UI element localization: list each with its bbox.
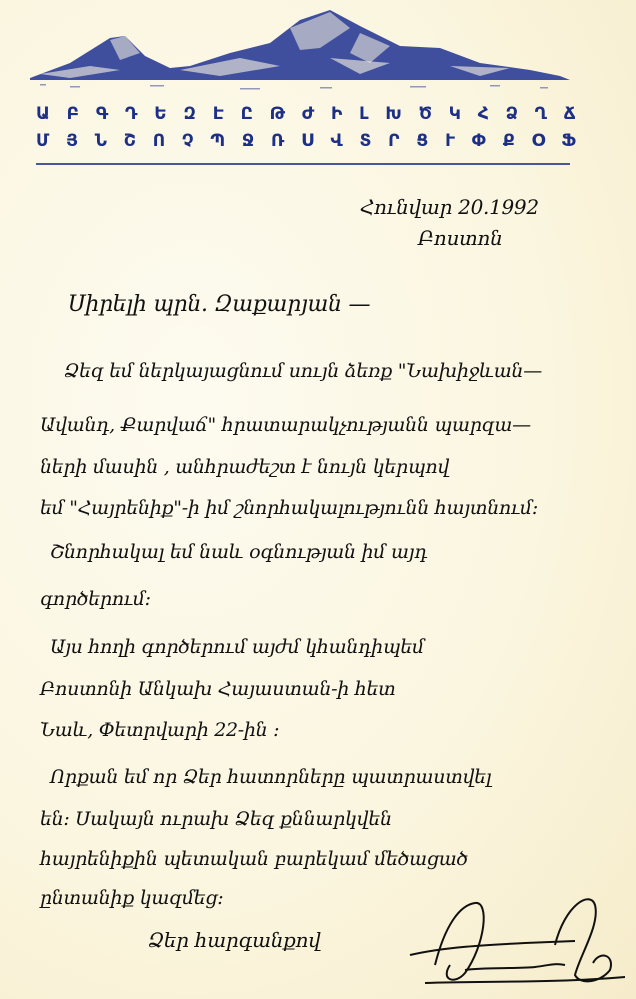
letter-glyph: Ծ [419, 104, 432, 124]
letter-glyph: Թ [270, 104, 285, 124]
letter-glyph: Յ [66, 131, 78, 151]
letter-glyph: Ժ [302, 104, 314, 124]
letter-glyph: Ջ [242, 131, 254, 151]
closing: Ձեր հարգանքով [148, 928, 321, 952]
letter-glyph: Պ [210, 131, 225, 151]
letter-glyph: Ձ [506, 104, 518, 124]
body-line: Ձեզ եմ ներկայացնում սույն ձեռք "Նախիջևան… [64, 360, 542, 382]
letter-glyph: Տ [359, 131, 371, 151]
letter-glyph: Ֆ [561, 131, 576, 151]
letter-glyph: Մ [36, 131, 49, 151]
letter-glyph: Ո [153, 131, 165, 151]
letter-glyph: Դ [125, 104, 137, 124]
letter-glyph: Ճ [564, 104, 576, 124]
letter-glyph: Լ [359, 104, 368, 124]
letterhead: Ա Բ Գ Դ Ե Զ Է Ը Թ Ժ Ի Լ Խ Ծ Կ Հ Ձ Ղ Ճ Մ … [0, 0, 636, 175]
letter-glyph: Կ [449, 104, 461, 124]
body-line: գործերում: [40, 588, 151, 610]
letterhead-divider [36, 163, 570, 165]
body-line: Այս հողի գործերում այժմ կհանդիպեմ [50, 636, 424, 658]
body-line: են: Սակայն ուրախ Ձեզ քննարկվեն [40, 808, 392, 830]
letter-glyph: Ե [154, 104, 166, 124]
letter-glyph: Ա [36, 104, 50, 124]
body-line: ների մասին , անհրաժեշտ է նույն կերպով [40, 456, 449, 478]
letter-glyph: Ս [301, 131, 313, 151]
letter-glyph: Խ [385, 104, 401, 124]
letter-glyph: Ր [388, 131, 399, 151]
letter-glyph: Ի [331, 104, 342, 124]
letter-place: Բոստոն [418, 226, 503, 250]
body-line: եմ "Հայրենիք"-ի իմ շնորհակալությունն հայ… [40, 497, 538, 519]
letter-glyph: Փ [472, 131, 486, 151]
letter-glyph: Ւ [445, 131, 455, 151]
alphabet-row-2: Մ Յ Ն Շ Ո Չ Պ Ջ Ռ Ս Վ Տ Ր Ց Ւ Փ Ք Օ Ֆ [36, 131, 576, 151]
letter-glyph: Է [213, 104, 224, 124]
body-line: ընտանիք կազմեց: [40, 887, 223, 909]
letter-glyph: Բ [67, 104, 79, 124]
mount-ararat-icon [30, 8, 570, 98]
letter-glyph: Վ [330, 131, 342, 151]
letter-glyph: Չ [182, 131, 194, 151]
letter-glyph: Շ [124, 131, 136, 151]
letter-glyph: Ց [416, 131, 428, 151]
letter-glyph: Ք [503, 131, 515, 151]
signature-icon [405, 885, 635, 995]
body-line: Նաև, Փետրվարի 22-ին : [40, 719, 279, 741]
letter-glyph: Զ [183, 104, 195, 124]
letter-glyph: Հ [478, 104, 489, 124]
body-line: Շնորհակալ եմ նաև օգնության իմ այդ [50, 541, 427, 563]
letter-glyph: Գ [96, 104, 108, 124]
letter-glyph: Ռ [271, 131, 284, 151]
alphabet-row-1: Ա Բ Գ Դ Ե Զ Է Ը Թ Ժ Ի Լ Խ Ծ Կ Հ Ձ Ղ Ճ [36, 104, 576, 124]
letter-glyph: Օ [532, 131, 545, 151]
body-line: Ավանդ, Քարվաճ" հրատարակչությանն պարզա— [40, 414, 531, 436]
body-line: Բոստոնի Անկախ Հայաստան-ի հետ [40, 678, 396, 700]
letter-glyph: Ը [241, 104, 253, 124]
body-line: հայրենիքին պետական բարեկամ մեծացած [40, 848, 468, 870]
body-line: Որքան եմ որ Ձեր հատորները պատրաստվել [50, 766, 491, 788]
letter-date: Հունվար 20.1992 [360, 195, 539, 219]
letter-glyph: Ն [95, 131, 107, 151]
letter-glyph: Ղ [535, 104, 547, 124]
salutation: Սիրելի պրն. Զաքարյան — [68, 292, 370, 317]
